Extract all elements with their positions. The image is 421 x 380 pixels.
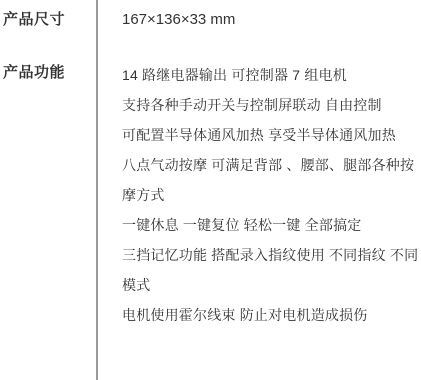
column-divider bbox=[96, 0, 98, 380]
feature-item: 三挡记忆功能 搭配录入指纹使用 不同指纹 不同模式 bbox=[122, 240, 420, 300]
feature-item: 一键休息 一键复位 轻松一键 全部搞定 bbox=[122, 210, 420, 240]
product-features-list: 14 路继电器输出 可控制器 7 组电机支持各种手动开关与控制屏联动 自由控制可… bbox=[96, 55, 421, 330]
product-dimensions-value: 167×136×33 mm bbox=[96, 0, 421, 29]
feature-item: 支持各种手动开关与控制屏联动 自由控制 bbox=[122, 90, 420, 120]
table-row-dimensions: 产品尺寸 167×136×33 mm bbox=[0, 0, 421, 55]
feature-item: 电机使用霍尔线束 防止对电机造成损伤 bbox=[122, 300, 420, 330]
product-spec-table: 产品尺寸 167×136×33 mm 产品功能 14 路继电器输出 可控制器 7… bbox=[0, 0, 421, 380]
dimensions-row-label: 产品尺寸 bbox=[0, 0, 96, 29]
feature-item: 八点气动按摩 可满足背部 、腰部、腿部各种按摩方式 bbox=[122, 150, 420, 210]
features-row-label: 产品功能 bbox=[0, 55, 96, 82]
feature-item: 14 路继电器输出 可控制器 7 组电机 bbox=[122, 60, 420, 90]
feature-item: 可配置半导体通风加热 享受半导体通风加热 bbox=[122, 120, 420, 150]
table-row-features: 产品功能 14 路继电器输出 可控制器 7 组电机支持各种手动开关与控制屏联动 … bbox=[0, 55, 421, 330]
